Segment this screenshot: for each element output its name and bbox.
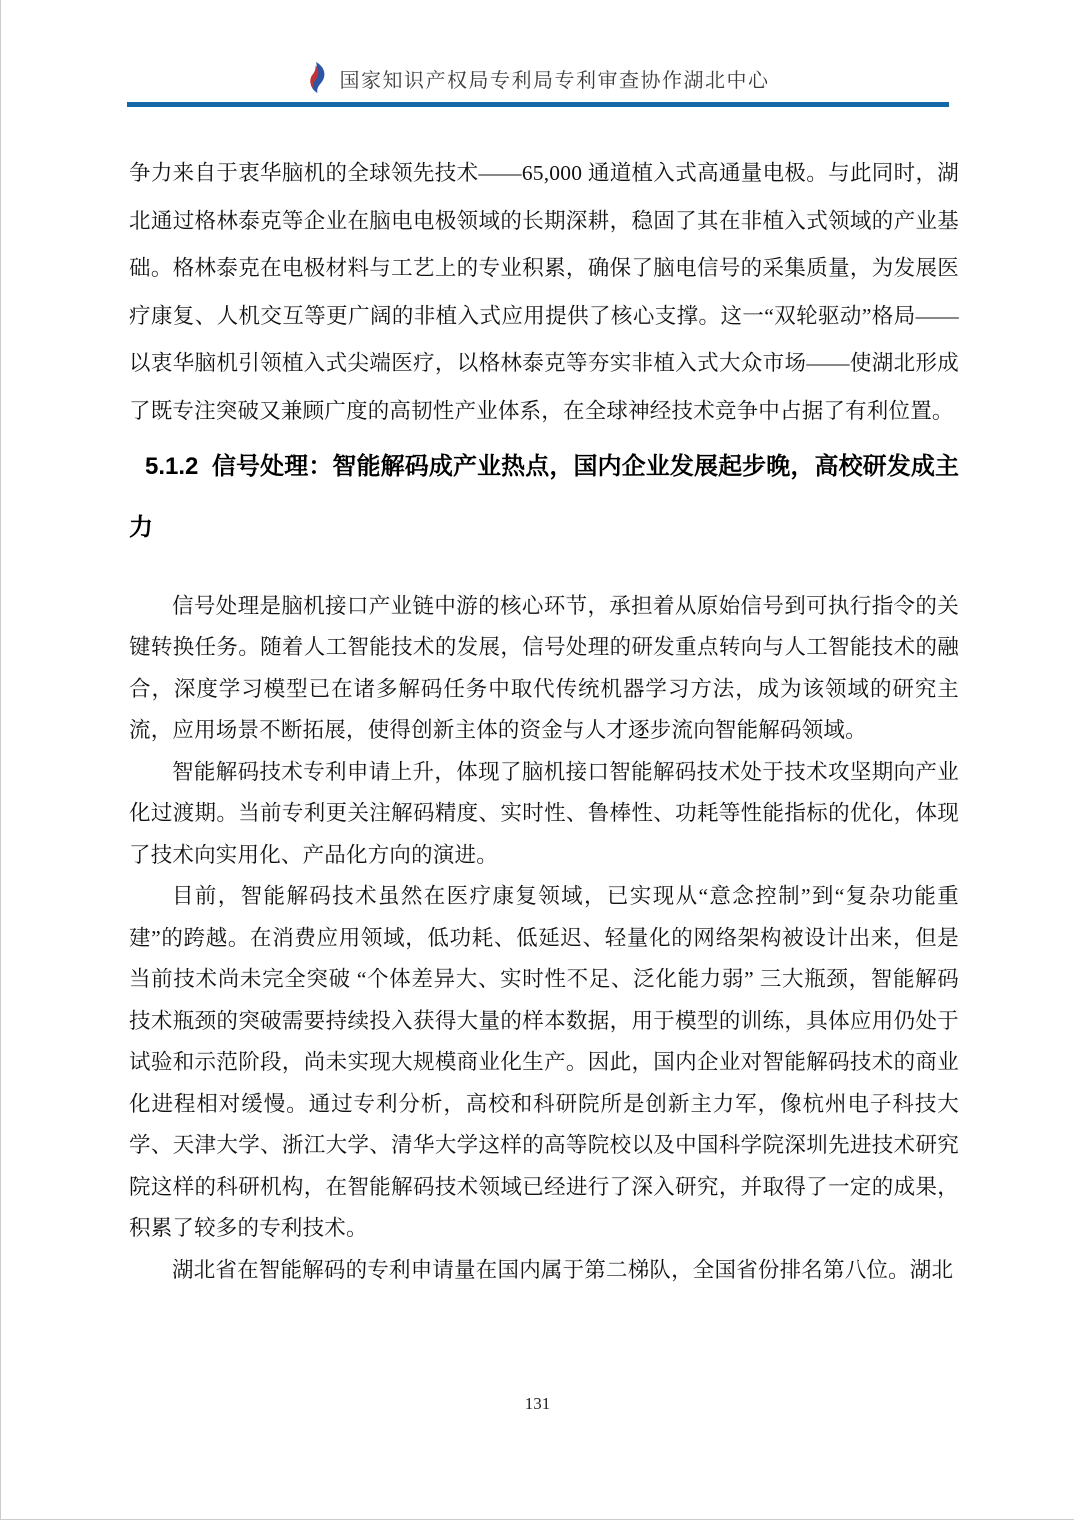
paragraph-current-status: 目前，智能解码技术虽然在医疗康复领域，已实现从“意念控制”到“复杂功能重建”的跨… (129, 876, 959, 1250)
header-divider-rule (127, 102, 949, 107)
header-title-row: 国家知识产权局专利局专利审查协作湖北中心 (1, 60, 1074, 96)
paragraph-signal-processing-overview: 信号处理是脑机接口产业链中游的核心环节，承担着从原始信号到可执行指令的关键转换任… (129, 586, 959, 752)
paragraph-hubei-ranking: 湖北省在智能解码的专利申请量在国内属于第二梯队，全国省份排名第八位。湖北 (129, 1250, 959, 1292)
page-header: 国家知识产权局专利局专利审查协作湖北中心 (1, 0, 1074, 107)
document-page: 国家知识产权局专利局专利审查协作湖北中心 争力来自于衷华脑机的全球领先技术——6… (0, 0, 1074, 1520)
page-footer: 131 (1, 1394, 1074, 1414)
header-institution-name: 国家知识产权局专利局专利审查协作湖北中心 (340, 64, 770, 93)
paragraph-patent-trend: 智能解码技术专利申请上升，体现了脑机接口智能解码技术处于技术攻坚期向产业化过渡期… (129, 752, 959, 877)
section-heading-5-1-2: 5.1.2 信号处理：智能解码成产业热点，国内企业发展起步晚，高校研发成主力 (129, 436, 959, 558)
cnipa-emblem-icon (306, 62, 328, 94)
page-number: 131 (525, 1394, 551, 1413)
paragraph-continuation: 争力来自于衷华脑机的全球领先技术——65,000 通道植入式高通量电极。与此同时… (129, 150, 959, 436)
document-body: 争力来自于衷华脑机的全球领先技术——65,000 通道植入式高通量电极。与此同时… (129, 150, 959, 1291)
